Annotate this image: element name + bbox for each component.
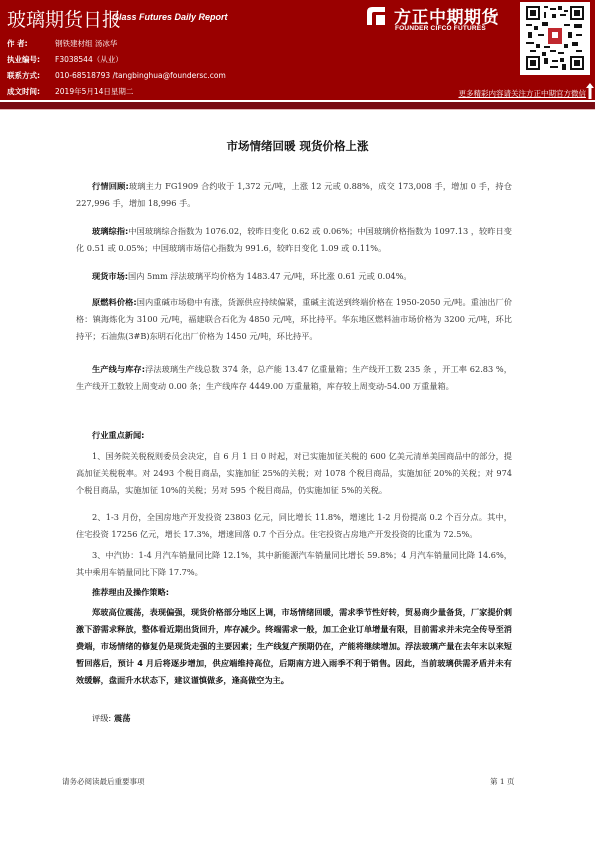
qr-code-icon	[526, 6, 584, 70]
meta-value: 010-68518793 /tangbinghua@foundersc.com	[55, 71, 226, 80]
header-divider-pink	[0, 109, 595, 110]
section-spot-market: 现货市场:国内 5mm 浮法玻璃平均价格为 1483.47 元/吨，环比涨 0.…	[76, 268, 512, 285]
section-text: 玻璃主力 FG1909 合约收于 1,372 元/吨，上涨 12 元或 0.88…	[76, 181, 512, 208]
document-title: 市场情绪回暖 现货价格上涨	[0, 138, 595, 154]
meta-label: 成文时间:	[7, 86, 55, 97]
meta-label: 联系方式:	[7, 70, 55, 81]
footer-disclaimer: 请务必阅读最后重要事项	[62, 776, 145, 787]
news-item-2: 2、1-3 月份，全国房地产开发投资 23803 亿元，同比增长 11.8%，增…	[76, 509, 512, 543]
section-glass-index: 玻璃综指:中国玻璃综合指数为 1076.02，较昨日变化 0.62 或 0.06…	[76, 223, 512, 257]
rating: 评级: 震荡	[92, 713, 130, 724]
meta-contact: 联系方式:010-68518793 /tangbinghua@foundersc…	[7, 70, 226, 81]
arrow-up-icon	[586, 83, 594, 99]
section-label: 生产线与库存:	[92, 364, 145, 374]
meta-date: 成文时间:2019年5月14日星期二	[7, 86, 133, 97]
section-market-review: 行情回顾:玻璃主力 FG1909 合约收于 1,372 元/吨，上涨 12 元或…	[76, 178, 512, 212]
section-text: 国内重碱市场稳中有涨，货源供应持续偏紧，重碱主流送到终端价格在 1950-205…	[76, 297, 512, 341]
page-number: 第 1 页	[490, 776, 515, 787]
report-header: 玻璃期货日报 Glass Futures Daily Report 作 者:钢铁…	[0, 0, 595, 100]
meta-value: 钢铁建材组 汤冰华	[55, 39, 117, 48]
company-logo: 方正中期期货 FOUNDER CIFCO FUTURES	[366, 3, 516, 33]
meta-value: F3038544（从业）	[55, 55, 123, 64]
news-heading: 行业重点新闻:	[92, 430, 144, 441]
section-text: 国内 5mm 浮法玻璃平均价格为 1483.47 元/吨，环比涨 0.61 元或…	[128, 271, 412, 281]
section-raw-material-price: 原燃料价格:国内重碱市场稳中有涨，货源供应持续偏紧，重碱主流送到终端价格在 19…	[76, 294, 512, 345]
section-label: 原燃料价格:	[92, 297, 137, 307]
section-label: 玻璃综指:	[92, 226, 128, 236]
meta-label: 执业编号:	[7, 54, 55, 65]
follow-wechat-link[interactable]: 更多精彩内容请关注方正中期官方微信	[459, 88, 587, 99]
meta-value: 2019年5月14日星期二	[55, 87, 133, 96]
section-label: 行情回顾:	[92, 181, 129, 191]
rating-value: 震荡	[114, 713, 130, 723]
section-label: 现货市场:	[92, 271, 128, 281]
report-title-cn: 玻璃期货日报	[7, 5, 121, 32]
logo-text-en: FOUNDER CIFCO FUTURES	[395, 25, 486, 32]
strategy-text: 郑玻高位震荡，表现偏强，现货价格部分地区上调，市场情绪回暖，需求季节性好转，贸易…	[76, 604, 512, 689]
report-title-en: Glass Futures Daily Report	[112, 12, 228, 22]
news-item-1: 1、国务院关税税则委员会决定，自 6 月 1 日 0 时起，对已实施加征关税的 …	[76, 448, 512, 499]
logo-mark-icon	[366, 6, 386, 26]
meta-author: 作 者:钢铁建材组 汤冰华	[7, 38, 117, 49]
news-item-3: 3、中汽协：1-4 月汽车销量同比降 12.1%，其中新能源汽车销量同比增长 5…	[76, 547, 512, 581]
qr-code	[520, 2, 590, 75]
meta-license: 执业编号:F3038544（从业）	[7, 54, 123, 65]
section-production-inventory: 生产线与库存:浮法玻璃生产线总数 374 条，总产能 13.47 亿重量箱；生产…	[76, 361, 512, 395]
strategy-heading: 推荐理由及操作策略:	[92, 587, 169, 598]
rating-label: 评级:	[92, 713, 111, 723]
meta-label: 作 者:	[7, 38, 55, 49]
section-text: 中国玻璃综合指数为 1076.02，较昨日变化 0.62 或 0.06%；中国玻…	[76, 226, 512, 253]
header-divider-dark	[0, 102, 595, 109]
